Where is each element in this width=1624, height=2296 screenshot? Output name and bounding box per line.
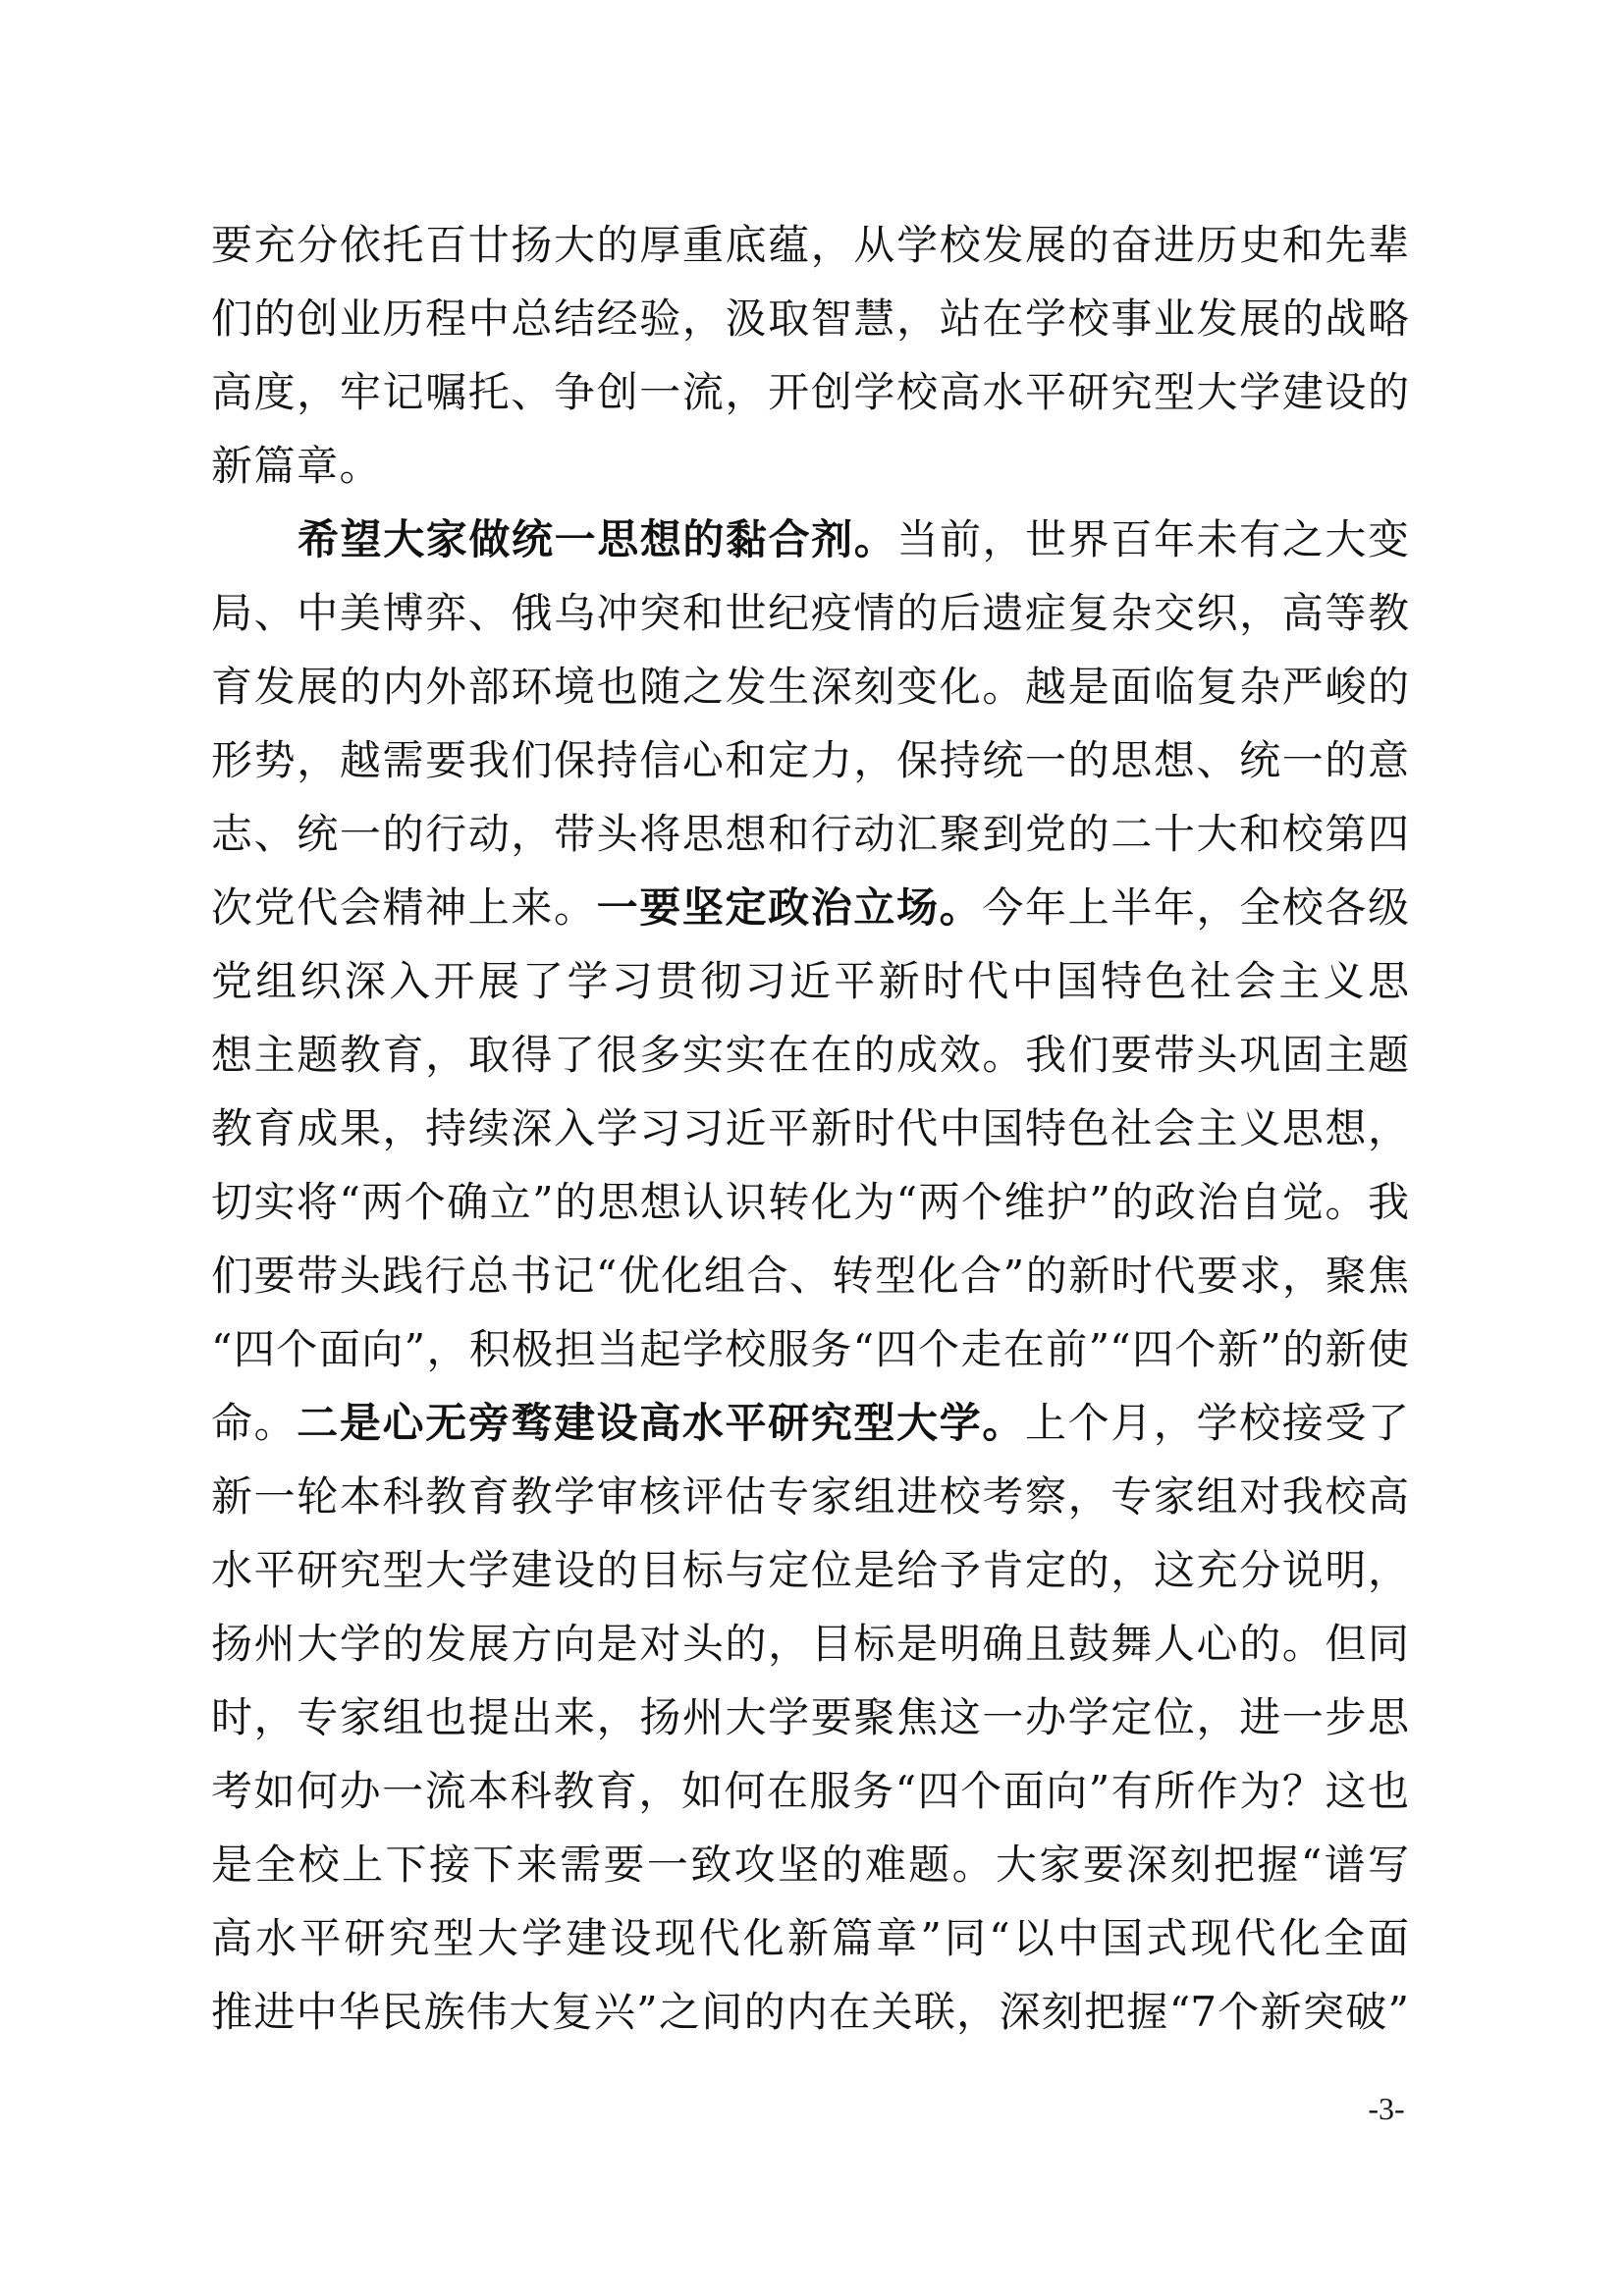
bold-point: 一要坚定政治立场。 bbox=[597, 883, 983, 932]
text-line: 推进中华民族伟大复兴”之间的内在关联，深刻把握“7个新突破” bbox=[211, 1975, 1409, 2049]
text-line: 高水平研究型大学建设现代化新篇章”同“以中国式现代化全面 bbox=[211, 1901, 1409, 1975]
body-text-segment: 推进中华民族伟大复兴”之间的内在关联，深刻把握“7个新突破” bbox=[211, 1988, 1409, 2036]
body-text-segment: 新一轮本科教育教学审核评估专家组进校考察，专家组对我校高 bbox=[211, 1472, 1409, 1521]
text-line: 党组织深入开展了学习贯彻习近平新时代中国特色社会主义思 bbox=[211, 944, 1409, 1018]
body-text-segment: 新篇章。 bbox=[211, 442, 382, 490]
body-text-segment: 们的创业历程中总结经验，汲取智慧，站在学校事业发展的战略 bbox=[211, 294, 1409, 343]
text-line: 要充分依托百廿扬大的厚重底蕴，从学校发展的奋进历史和先辈 bbox=[211, 208, 1409, 282]
text-line: 水平研究型大学建设的目标与定位是给予肯定的，这充分说明， bbox=[211, 1533, 1409, 1607]
body-text-segment: 水平研究型大学建设的目标与定位是给予肯定的，这充分说明， bbox=[211, 1546, 1409, 1594]
body-text-segment: 是全校上下接下来需要一致攻坚的难题。大家要深刻把握“谱写 bbox=[211, 1841, 1409, 1889]
body-text-segment: 高水平研究型大学建设现代化新篇章”同“以中国式现代化全面 bbox=[211, 1914, 1409, 1962]
text-line: 育发展的内外部环境也随之发生深刻变化。越是面临复杂严峻的 bbox=[211, 650, 1409, 723]
text-line: 切实将“两个确立”的思想认识转化为“两个维护”的政治自觉。我 bbox=[211, 1165, 1409, 1239]
body-text-segment: “四个面向”，积极担当起学校服务“四个走在前”“四个新”的新使 bbox=[211, 1325, 1409, 1373]
body-text-segment: 考如何办一流本科教育，如何在服务“四个面向”有所作为？这也 bbox=[211, 1767, 1409, 1815]
section-heading: 希望大家做统一思想的黏合剂。 bbox=[298, 515, 896, 563]
paragraph-first-line: 希望大家做统一思想的黏合剂。当前，世界百年未有之大变 bbox=[211, 503, 1409, 576]
body-text-segment: 次党代会精神上来。 bbox=[211, 883, 597, 932]
text-line: 形势，越需要我们保持信心和定力，保持统一的思想、统一的意 bbox=[211, 723, 1409, 797]
body-text-segment: 局、中美博弈、俄乌冲突和世纪疫情的后遗症复杂交织，高等教 bbox=[211, 589, 1409, 637]
text-line: 新一轮本科教育教学审核评估专家组进校考察，专家组对我校高 bbox=[211, 1460, 1409, 1533]
text-line: 时，专家组也提出来，扬州大学要聚焦这一办学定位，进一步思 bbox=[211, 1681, 1409, 1754]
text-line: 新篇章。 bbox=[211, 429, 1409, 503]
body-text-segment: 今年上半年，全校各级 bbox=[982, 883, 1409, 932]
text-line: 次党代会精神上来。一要坚定政治立场。今年上半年，全校各级 bbox=[211, 871, 1409, 944]
text-line: 们的创业历程中总结经验，汲取智慧，站在学校事业发展的战略 bbox=[211, 282, 1409, 355]
text-line: 考如何办一流本科教育，如何在服务“四个面向”有所作为？这也 bbox=[211, 1754, 1409, 1828]
bold-point: 二是心无旁骛建设高水平研究型大学。 bbox=[297, 1399, 1025, 1447]
body-text-segment: 形势，越需要我们保持信心和定力，保持统一的思想、统一的意 bbox=[211, 736, 1409, 784]
page-number: -3- bbox=[1355, 2089, 1418, 2128]
body-text-segment: 时，专家组也提出来，扬州大学要聚焦这一办学定位，进一步思 bbox=[211, 1693, 1409, 1741]
text-line: 高度，牢记嘱托、争创一流，开创学校高水平研究型大学建设的 bbox=[211, 355, 1409, 429]
body-text-segment: 高度，牢记嘱托、争创一流，开创学校高水平研究型大学建设的 bbox=[211, 368, 1409, 416]
text-line: 是全校上下接下来需要一致攻坚的难题。大家要深刻把握“谱写 bbox=[211, 1828, 1409, 1901]
text-line: 教育成果，持续深入学习习近平新时代中国特色社会主义思想， bbox=[211, 1092, 1409, 1165]
body-text-segment: 育发展的内外部环境也随之发生深刻变化。越是面临复杂严峻的 bbox=[211, 663, 1409, 711]
text-line: 们要带头践行总书记“优化组合、转型化合”的新时代要求，聚焦 bbox=[211, 1239, 1409, 1312]
text-line: 想主题教育，取得了很多实实在在的成效。我们要带头巩固主题 bbox=[211, 1018, 1409, 1092]
body-text-segment: 上个月，学校接受了 bbox=[1025, 1399, 1409, 1447]
body-text-segment: 当前，世界百年未有之大变 bbox=[896, 515, 1409, 563]
body-text-segment: 志、统一的行动，带头将思想和行动汇聚到党的二十大和校第四 bbox=[211, 810, 1409, 858]
text-line: 局、中美博弈、俄乌冲突和世纪疫情的后遗症复杂交织，高等教 bbox=[211, 576, 1409, 650]
text-line: 命。二是心无旁骛建设高水平研究型大学。上个月，学校接受了 bbox=[211, 1386, 1409, 1460]
body-text-segment: 党组织深入开展了学习贯彻习近平新时代中国特色社会主义思 bbox=[211, 957, 1409, 1005]
body-text-segment: 教育成果，持续深入学习习近平新时代中国特色社会主义思想， bbox=[211, 1104, 1409, 1152]
body-text-segment: 切实将“两个确立”的思想认识转化为“两个维护”的政治自觉。我 bbox=[211, 1178, 1409, 1226]
body-text-segment: 想主题教育，取得了很多实实在在的成效。我们要带头巩固主题 bbox=[211, 1031, 1409, 1079]
document-page: 要充分依托百廿扬大的厚重底蕴，从学校发展的奋进历史和先辈们的创业历程中总结经验，… bbox=[0, 0, 1624, 2296]
document-body: 要充分依托百廿扬大的厚重底蕴，从学校发展的奋进历史和先辈们的创业历程中总结经验，… bbox=[211, 208, 1409, 2049]
body-text-segment: 命。 bbox=[211, 1399, 297, 1447]
text-line: “四个面向”，积极担当起学校服务“四个走在前”“四个新”的新使 bbox=[211, 1312, 1409, 1386]
body-text-segment: 们要带头践行总书记“优化组合、转型化合”的新时代要求，聚焦 bbox=[211, 1252, 1409, 1300]
body-text-segment: 扬州大学的发展方向是对头的，目标是明确且鼓舞人心的。但同 bbox=[211, 1620, 1409, 1668]
text-line: 志、统一的行动，带头将思想和行动汇聚到党的二十大和校第四 bbox=[211, 797, 1409, 871]
text-line: 扬州大学的发展方向是对头的，目标是明确且鼓舞人心的。但同 bbox=[211, 1607, 1409, 1681]
body-text-segment: 要充分依托百廿扬大的厚重底蕴，从学校发展的奋进历史和先辈 bbox=[211, 221, 1409, 269]
